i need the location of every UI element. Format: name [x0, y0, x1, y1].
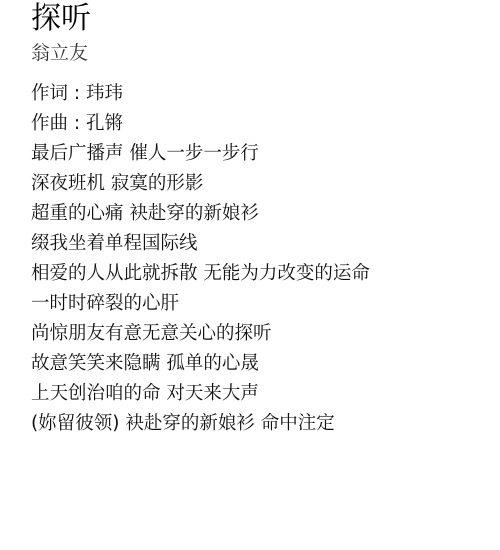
lyric-credit-composer: 作曲 : 孔锵 [31, 109, 370, 139]
lyric-line: (妳留彼领) 袂赴穿的新娘衫 命中注定 [31, 409, 370, 439]
lyric-line: 故意笑笑来隐瞒 孤单的心晟 [31, 349, 370, 379]
lyric-line: 尚惊朋友有意无意关心的探听 [31, 319, 370, 349]
lyric-credit-lyricist: 作词 : 玮玮 [31, 79, 370, 109]
lyric-line: 深夜班机 寂寞的形影 [31, 169, 370, 199]
lyric-line: 上天创治咱的命 对天来大声 [31, 379, 370, 409]
lyric-line: 缀我坐着单程国际线 [31, 229, 370, 259]
lyric-line: 超重的心痛 袂赴穿的新娘衫 [31, 199, 370, 229]
lyrics-page: 探听 翁立友 作词 : 玮玮 作曲 : 孔锵 最后广播声 催人一步一步行 深夜班… [0, 0, 500, 550]
song-title: 探听 [31, 0, 91, 38]
lyric-line: 一时时碎裂的心肝 [31, 289, 370, 319]
song-artist: 翁立友 [31, 40, 88, 66]
lyrics-list: 作词 : 玮玮 作曲 : 孔锵 最后广播声 催人一步一步行 深夜班机 寂寞的形影… [31, 79, 370, 439]
lyric-line: 最后广播声 催人一步一步行 [31, 139, 370, 169]
lyric-line: 相爱的人从此就拆散 无能为力改变的运命 [31, 259, 370, 289]
